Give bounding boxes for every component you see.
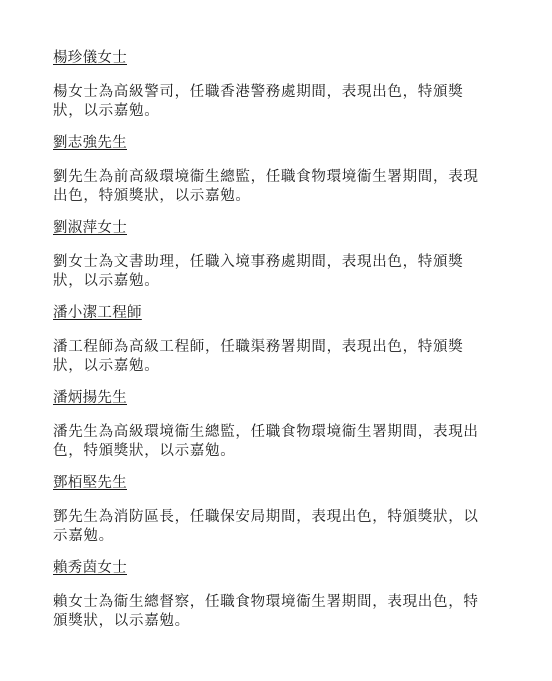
award-citation: 劉先生為前高級環境衞生總監，任職食物環境衞生署期間，表現出色，特頒獎狀，以示嘉勉… xyxy=(53,168,493,206)
document-page: 楊珍儀女士 楊女士為高級警司，任職香港警務處期間，表現出色，特頒獎狀，以示嘉勉。… xyxy=(53,48,503,643)
award-entry: 潘小潔工程師 潘工程師為高級工程師，任職渠務署期間，表現出色，特頒獎狀，以示嘉勉… xyxy=(53,303,503,388)
award-citation: 鄧先生為消防區長，任職保安局期間，表現出色，特頒獎狀，以示嘉勉。 xyxy=(53,508,493,546)
awardee-name: 鄧栢堅先生 xyxy=(53,473,503,493)
award-citation: 劉女士為文書助理，任職入境事務處期間，表現出色，特頒獎狀，以示嘉勉。 xyxy=(53,253,493,291)
award-citation: 賴女士為衞生總督察，任職食物環境衞生署期間，表現出色，特頒獎狀，以示嘉勉。 xyxy=(53,593,493,631)
award-citation: 楊女士為高級警司，任職香港警務處期間，表現出色，特頒獎狀，以示嘉勉。 xyxy=(53,83,493,121)
awardee-name: 楊珍儀女士 xyxy=(53,48,503,68)
award-citation: 潘先生為高級環境衞生總監，任職食物環境衞生署期間，表現出色，特頒獎狀，以示嘉勉。 xyxy=(53,423,493,461)
award-citation: 潘工程師為高級工程師，任職渠務署期間，表現出色，特頒獎狀，以示嘉勉。 xyxy=(53,338,493,376)
awardee-name: 劉淑萍女士 xyxy=(53,218,503,238)
awardee-name: 劉志強先生 xyxy=(53,133,503,153)
awardee-name: 潘炳揚先生 xyxy=(53,388,503,408)
award-entry: 鄧栢堅先生 鄧先生為消防區長，任職保安局期間，表現出色，特頒獎狀，以示嘉勉。 xyxy=(53,473,503,558)
award-entry: 賴秀茵女士 賴女士為衞生總督察，任職食物環境衞生署期間，表現出色，特頒獎狀，以示… xyxy=(53,558,503,643)
award-entry: 楊珍儀女士 楊女士為高級警司，任職香港警務處期間，表現出色，特頒獎狀，以示嘉勉。 xyxy=(53,48,503,133)
award-entry: 潘炳揚先生 潘先生為高級環境衞生總監，任職食物環境衞生署期間，表現出色，特頒獎狀… xyxy=(53,388,503,473)
award-entry: 劉淑萍女士 劉女士為文書助理，任職入境事務處期間，表現出色，特頒獎狀，以示嘉勉。 xyxy=(53,218,503,303)
awardee-name: 潘小潔工程師 xyxy=(53,303,503,323)
awardee-name: 賴秀茵女士 xyxy=(53,558,503,578)
award-entry: 劉志強先生 劉先生為前高級環境衞生總監，任職食物環境衞生署期間，表現出色，特頒獎… xyxy=(53,133,503,218)
